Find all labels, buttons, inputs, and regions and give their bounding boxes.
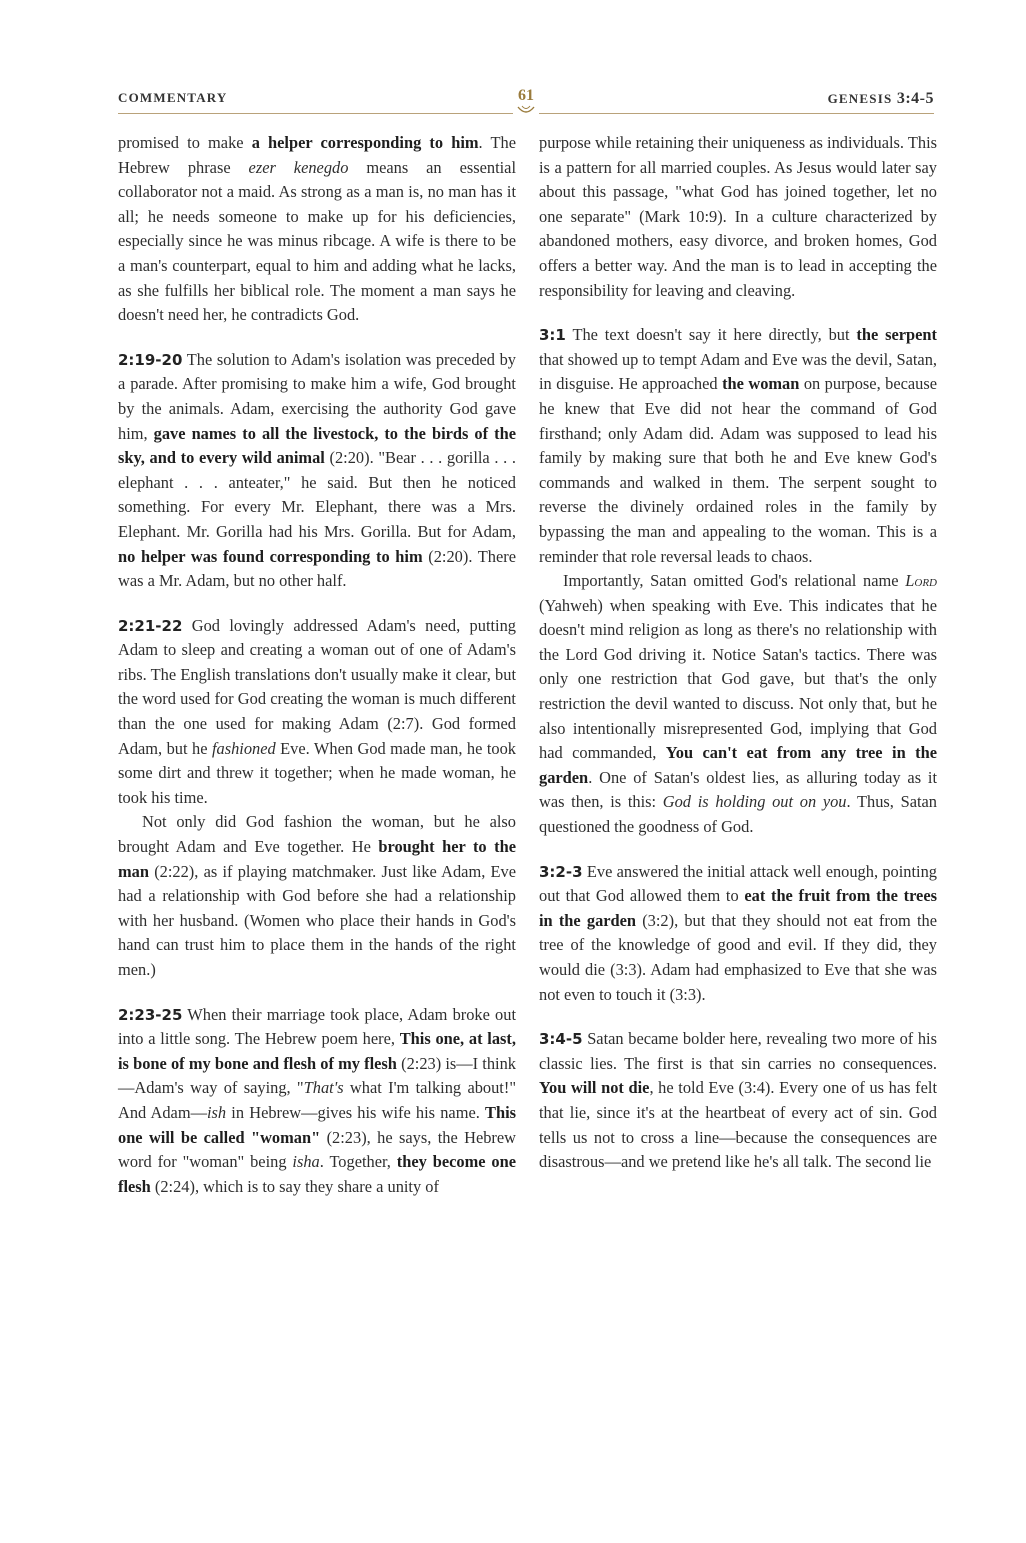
page-header: COMMENTARY 61 GENESIS 3:4-5 — [118, 90, 934, 120]
verse-reference: 3:2-3 — [539, 863, 583, 881]
text: Importantly, Satan omitted God's relatio… — [563, 571, 905, 590]
text: means an essential collaborator not a ma… — [118, 158, 516, 325]
text: (2:22), as if playing matchmaker. Just l… — [118, 862, 516, 979]
commentary-paragraph-3-1: 3:1 The text doesn't say it here directl… — [539, 323, 937, 569]
text: God lovingly addressed Adam's need, putt… — [118, 616, 516, 758]
commentary-paragraph: promised to make a helper corresponding … — [118, 131, 516, 328]
verse-reference: 3:1 — [539, 326, 566, 344]
commentary-paragraph: Importantly, Satan omitted God's relatio… — [539, 569, 937, 840]
scripture-quote: You will not die — [539, 1078, 649, 1097]
text: promised to make — [118, 133, 252, 152]
text: . Together, — [320, 1152, 397, 1171]
scripture-quote: no helper was found corresponding to him — [118, 547, 423, 566]
commentary-paragraph-2-19-20: 2:19-20 The solution to Adam's isolation… — [118, 348, 516, 594]
verse-reference: 2:23-25 — [118, 1006, 182, 1024]
commentary-paragraph-3-2-3: 3:2-3 Eve answered the initial attack we… — [539, 860, 937, 1008]
scripture-quote: the woman — [722, 374, 799, 393]
section-title: COMMENTARY — [118, 90, 228, 106]
hebrew-term: ezer kenegdo — [249, 158, 349, 177]
emphasis: God is holding out on you — [663, 792, 847, 811]
hebrew-term: ish — [207, 1103, 226, 1122]
running-reference-book: GENESIS — [828, 91, 897, 106]
page-number: 61 — [518, 87, 534, 105]
text: The text doesn't say it here directly, b… — [566, 325, 857, 344]
text: (2:24), which is to say they share a uni… — [151, 1177, 439, 1196]
text: in Hebrew—gives his wife his name. — [226, 1103, 485, 1122]
ornament-icon — [513, 105, 539, 119]
text: Satan became bolder here, revealing two … — [539, 1029, 937, 1073]
hebrew-term: isha — [292, 1152, 319, 1171]
text: (Yahweh) when speaking with Eve. This in… — [539, 596, 937, 763]
emphasis: That's — [304, 1078, 344, 1097]
verse-reference: 3:4-5 — [539, 1030, 583, 1048]
verse-reference: 2:19-20 — [118, 351, 182, 369]
verse-reference: 2:21-22 — [118, 617, 182, 635]
commentary-paragraph-3-4-5: 3:4-5 Satan became bolder here, revealin… — [539, 1027, 937, 1175]
running-reference-verse: 3:4-5 — [897, 90, 934, 107]
running-reference: GENESIS 3:4-5 — [828, 90, 934, 108]
scripture-quote: the serpent — [856, 325, 937, 344]
divine-name: Lord — [905, 571, 937, 590]
commentary-paragraph: purpose while retaining their uniqueness… — [539, 131, 937, 303]
text: purpose while retaining their uniqueness… — [539, 133, 937, 300]
emphasis: fashioned — [212, 739, 276, 758]
commentary-paragraph-2-23-25: 2:23-25 When their marriage took place, … — [118, 1003, 516, 1200]
commentary-paragraph: Not only did God fashion the woman, but … — [118, 810, 516, 982]
commentary-paragraph-2-21-22: 2:21-22 God lovingly addressed Adam's ne… — [118, 614, 516, 811]
scripture-quote: a helper corresponding to him — [252, 133, 479, 152]
right-column: purpose while retaining their uniqueness… — [539, 131, 937, 1195]
text: on purpose, because he knew that Eve did… — [539, 374, 937, 565]
left-column: promised to make a helper corresponding … — [118, 131, 516, 1219]
